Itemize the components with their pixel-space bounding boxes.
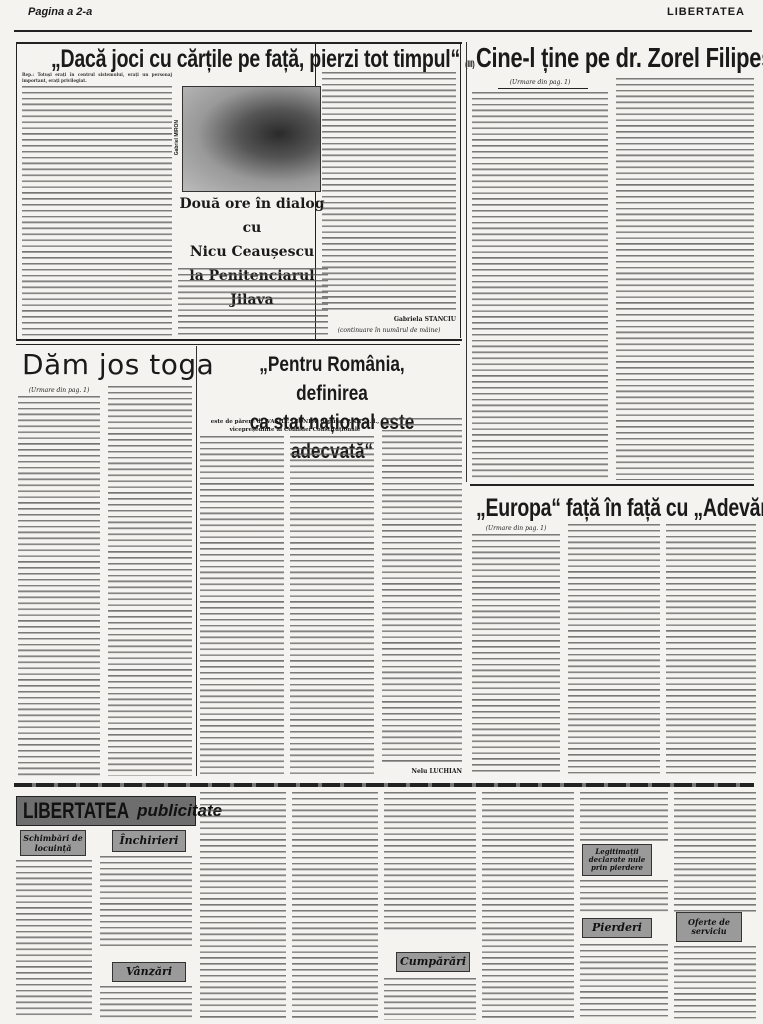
section-inchirieri: Închirieri bbox=[112, 830, 186, 852]
toga-top-rule bbox=[16, 344, 460, 345]
page-number: Pagina a 2-a bbox=[28, 6, 92, 18]
classifieds-column-5 bbox=[384, 792, 476, 932]
section-pierderi: Pierderi bbox=[582, 918, 652, 938]
dialog-column-1 bbox=[22, 86, 172, 336]
europa-top-rule bbox=[470, 484, 754, 486]
europa-continued: (Urmare din pag. 1) bbox=[472, 525, 560, 532]
classifieds-column-8 bbox=[674, 792, 756, 912]
masthead: LIBERTATEA bbox=[667, 6, 745, 18]
filipescu-rule bbox=[498, 88, 588, 89]
dialog-bottom-rule bbox=[16, 339, 462, 341]
toga-column-1 bbox=[18, 396, 100, 776]
section-vanzari-ads bbox=[100, 986, 192, 1018]
dialog-column-2 bbox=[178, 268, 328, 336]
section-oferte-serviciu-ads bbox=[674, 946, 756, 1020]
europa-column-1 bbox=[472, 534, 560, 774]
toga-column-2 bbox=[108, 386, 192, 776]
section-legitimatii: Legitimații declarate nule prin pierdere bbox=[582, 844, 652, 876]
europa-column-3 bbox=[666, 524, 756, 774]
section-legitimatii-ads bbox=[580, 880, 668, 914]
section-schimbari-ads bbox=[16, 860, 92, 1018]
dialog-column-3 bbox=[322, 72, 456, 312]
gionea-column-1 bbox=[200, 436, 284, 776]
column-divider bbox=[466, 42, 467, 482]
gionea-column-2 bbox=[290, 436, 374, 776]
section-schimbari: Schimbări de locuință bbox=[20, 830, 86, 856]
section-inchirieri-ads bbox=[100, 856, 192, 946]
article-europa-headline: „Europa“ față în față cu „Adevărul“ bbox=[476, 494, 763, 523]
classifieds-brand: LIBERTATEA publicitate bbox=[16, 796, 196, 826]
filipescu-column-1 bbox=[472, 92, 608, 480]
classifieds-column-3 bbox=[200, 792, 286, 1020]
classifieds-column-7 bbox=[580, 792, 668, 844]
dialog-signature: Gabriela STANCIU bbox=[322, 316, 456, 323]
toga-divider bbox=[196, 346, 197, 776]
gionea-deck: este de părere dl. VASILE GIONEA, deputa… bbox=[210, 418, 380, 434]
filipescu-continued: (Urmare din pag. 1) bbox=[472, 79, 608, 86]
classifieds-column-6 bbox=[482, 792, 574, 1020]
article-toga-headline: Dăm jos toga bbox=[22, 348, 214, 381]
article-filipescu-headline: Cine-l ține pe dr. Zorel Filipescu? bbox=[476, 42, 763, 74]
toga-continued: (Urmare din pag. 1) bbox=[18, 387, 100, 394]
gionea-column-3 bbox=[382, 418, 462, 764]
classifieds-divider bbox=[14, 783, 754, 787]
header-rule bbox=[14, 30, 752, 32]
section-cumparari-ads bbox=[384, 978, 476, 1020]
europa-column-2 bbox=[568, 524, 660, 774]
dialog-intro: Rep.: Totuși erați în centrul sistemului… bbox=[22, 72, 172, 84]
dialog-continuation: (continuare în numărul de mâine) bbox=[322, 327, 456, 334]
section-vanzari: Vânzări bbox=[112, 962, 186, 982]
classifieds-column-4 bbox=[292, 792, 378, 1020]
section-pierderi-ads bbox=[580, 944, 668, 1020]
dialog-top-rule bbox=[16, 42, 462, 44]
section-oferte-serviciu: Oferte de serviciu bbox=[676, 912, 742, 942]
gionea-signature: Nelu LUCHIAN bbox=[382, 768, 462, 775]
section-cumparari: Cumpărări bbox=[396, 952, 470, 972]
filipescu-column-2 bbox=[616, 78, 754, 480]
article-photo bbox=[182, 86, 321, 192]
photo-credit: Gabriel MIRON bbox=[174, 120, 180, 155]
